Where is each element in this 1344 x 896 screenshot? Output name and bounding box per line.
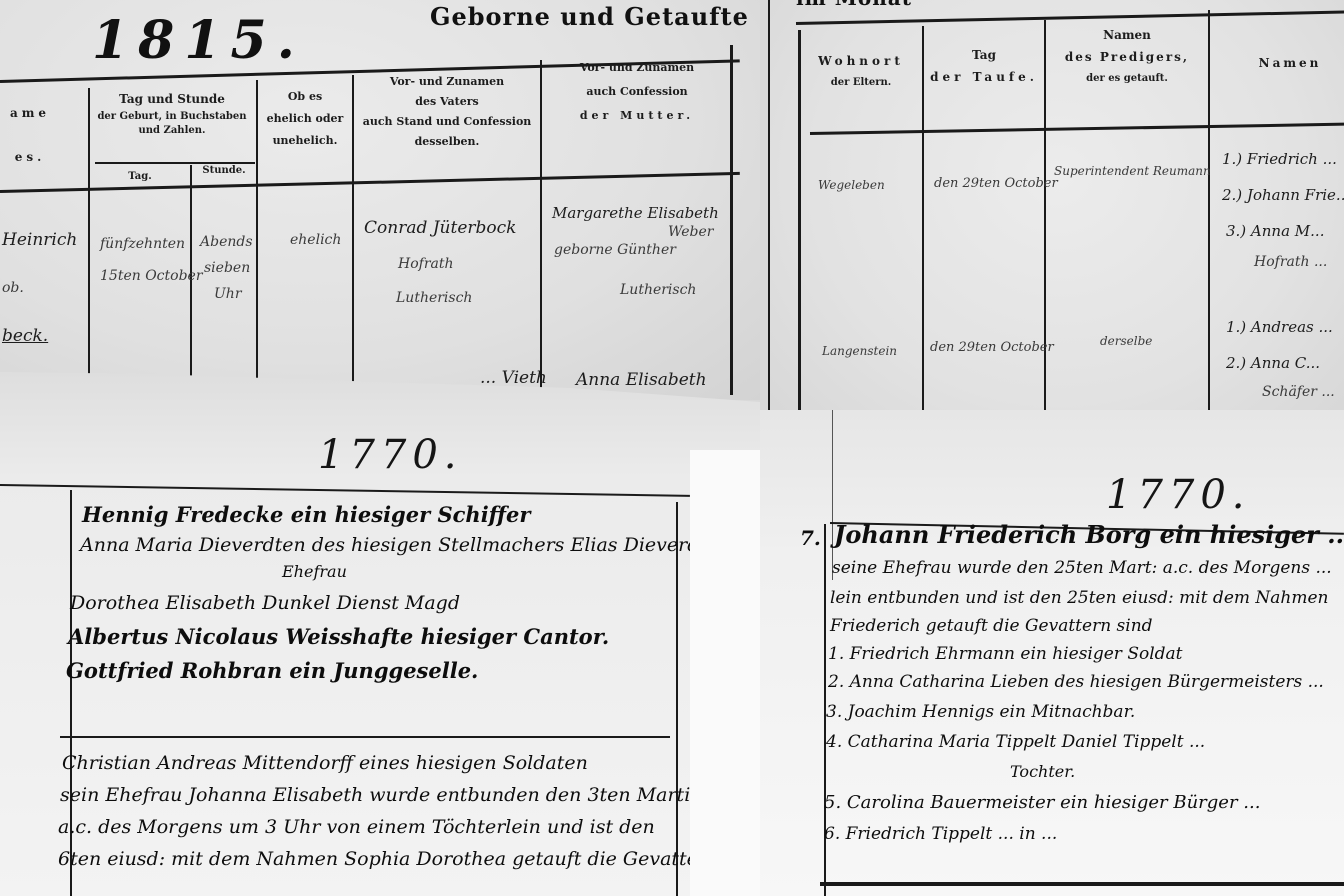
sponsor-3: 3.) Anna M... — [1226, 222, 1324, 240]
legitimacy: ehelich — [290, 232, 341, 248]
child-surname: beck. — [2, 326, 48, 346]
sponsor-line: 4. Catharina Maria Tippelt Daniel Tippel… — [826, 732, 1205, 752]
sponsor-2-2: 2.) Anna C... — [1226, 354, 1320, 372]
header-mother: Vor- und Zunamen auch Confession der Mut… — [544, 56, 730, 128]
entry-line: Albertus Nicolaus Weisshafte hiesiger Ca… — [68, 624, 609, 649]
entry-divider — [60, 736, 670, 738]
entry-line: Gottfried Rohbran ein Junggeselle. — [66, 658, 478, 683]
entry-line: a.c. des Morgens um 3 Uhr von einem Töch… — [58, 816, 655, 838]
entry-line: lein entbunden und ist den 25ten eiusd: … — [830, 588, 1329, 608]
sponsor-2-2-rank: Schäfer ... — [1262, 384, 1335, 400]
entry-number: 7. — [800, 526, 821, 550]
entry-line: Anna Maria Dieverdten des hiesigen Stell… — [80, 534, 731, 556]
header-rule-bottom — [810, 123, 1344, 135]
page-border — [676, 502, 678, 896]
birth-hour-line3: Uhr — [214, 286, 242, 302]
mother-confession: Lutherisch — [620, 282, 696, 298]
register-year: 1770. — [318, 432, 463, 478]
column-divider — [1044, 20, 1046, 415]
header-legitimacy: Ob es ehelich oder unehelich. — [258, 86, 352, 152]
column-divider — [352, 75, 354, 385]
page-top-rule — [0, 484, 690, 497]
header-name: ame es. — [0, 102, 60, 168]
register-1770-right-page: 1770. 7. Johann Friederich Borg ein hies… — [760, 410, 1344, 896]
entry-line: 6ten eiusd: mit dem Nahmen Sophia Doroth… — [58, 848, 719, 870]
register-title: Geborne und Getaufte — [430, 2, 749, 31]
baptism-day-2: den 29ten October — [930, 340, 1054, 355]
column-divider — [540, 60, 542, 390]
header-preacher: Namen des Predigers, der es getauft. — [1048, 24, 1206, 90]
sponsor-line: 5. Carolina Bauermeister ein hiesiger Bü… — [824, 792, 1260, 813]
page-border — [730, 45, 733, 395]
father-name: Conrad Jüterbock — [364, 218, 516, 238]
page-border — [798, 30, 801, 410]
header-sponsors: Namen — [1220, 52, 1344, 74]
header-baptism-day: Tag der Taufe. — [926, 44, 1042, 88]
entry-line: sein Ehefrau Johanna Elisabeth wurde ent… — [60, 784, 696, 806]
child-name: Heinrich — [2, 230, 77, 250]
register-year: 1815. — [92, 10, 305, 71]
mother-born: geborne Günther — [554, 242, 676, 258]
entry-line: Friederich getauft die Gevattern sind — [830, 616, 1153, 636]
register-year: 1770. — [1106, 472, 1251, 518]
register-1815-right-page: im Monat Wohnort der Eltern. Tag der Tau… — [768, 0, 1344, 440]
sponsor-2-1: 1.) Andreas ... — [1226, 318, 1333, 336]
entry-line: Johann Friederich Borg ein hiesiger ... — [834, 520, 1344, 549]
entry-line: Christian Andreas Mittendorff eines hies… — [62, 752, 588, 774]
father-confession: Lutherisch — [396, 290, 472, 306]
residence-2: Langenstein — [822, 344, 897, 358]
sponsor-line: 1. Friedrich Ehrmann ein hiesiger Soldat — [828, 644, 1183, 664]
sponsor-line: 3. Joachim Hennigs ein Mitnachbar. — [826, 702, 1135, 722]
sponsor-1: 1.) Friedrich ... — [1222, 150, 1337, 168]
entry-line: seine Ehefrau wurde den 25ten Mart: a.c.… — [832, 558, 1332, 578]
baptism-day: den 29ten October — [934, 176, 1058, 191]
sponsor-3-rank: Hofrath ... — [1254, 254, 1327, 270]
father-rank: Hofrath — [398, 256, 454, 272]
sponsor-line: Tochter. — [1010, 762, 1075, 781]
preacher-2: derselbe — [1100, 334, 1152, 348]
father-name-2: ... Vieth — [480, 368, 547, 388]
mother-name: Margarethe Elisabeth — [552, 204, 719, 222]
header-birth-day-hour: Tag und Stunde der Geburt, in Buchstaben… — [92, 88, 252, 138]
entry-line: Ehefrau — [282, 562, 347, 581]
subheader-hour: Stunde. — [192, 160, 256, 182]
register-1815-left-page: 1815. Geborne und Getaufte ame es. Tag u… — [0, 0, 760, 400]
residence: Wegeleben — [818, 178, 885, 192]
sponsor-line: 6. Friedrich Tippelt ... in ... — [824, 824, 1057, 844]
header-rule-top — [796, 10, 1344, 25]
register-title-continued: im Monat — [796, 0, 912, 10]
birth-day-date: 15ten October — [100, 268, 203, 284]
header-father: Vor- und Zunamen des Vaters auch Stand u… — [356, 72, 538, 152]
mother-maiden-correction: Weber — [668, 224, 713, 240]
preacher: Superintendent Reumann — [1054, 164, 1211, 178]
entry-bottom-rule — [820, 882, 1344, 886]
mother-name-2: Anna Elisabeth — [576, 370, 707, 390]
birth-day-words: fünfzehnten — [100, 236, 185, 252]
birth-hour-line2: sieben — [204, 260, 250, 276]
entry-line: Hennig Fredecke ein hiesiger Schiffer — [82, 502, 530, 527]
sponsor-line: 2. Anna Catharina Lieben des hiesigen Bü… — [828, 672, 1324, 692]
subheader-day: Tag. — [100, 166, 180, 188]
column-divider — [1208, 10, 1210, 420]
column-divider — [922, 26, 924, 416]
entry-line: Dorothea Elisabeth Dunkel Dienst Magd — [70, 592, 460, 614]
column-divider — [88, 88, 90, 378]
sponsor-2: 2.) Johann Frie... — [1222, 186, 1344, 204]
fold-line — [832, 410, 833, 580]
birth-hour: Abends — [200, 234, 253, 250]
child-name-line2: ob. — [2, 280, 24, 296]
register-1770-left-page: 1770. Hennig Fredecke ein hiesiger Schif… — [0, 372, 760, 896]
header-residence: Wohnort der Eltern. — [802, 50, 920, 94]
